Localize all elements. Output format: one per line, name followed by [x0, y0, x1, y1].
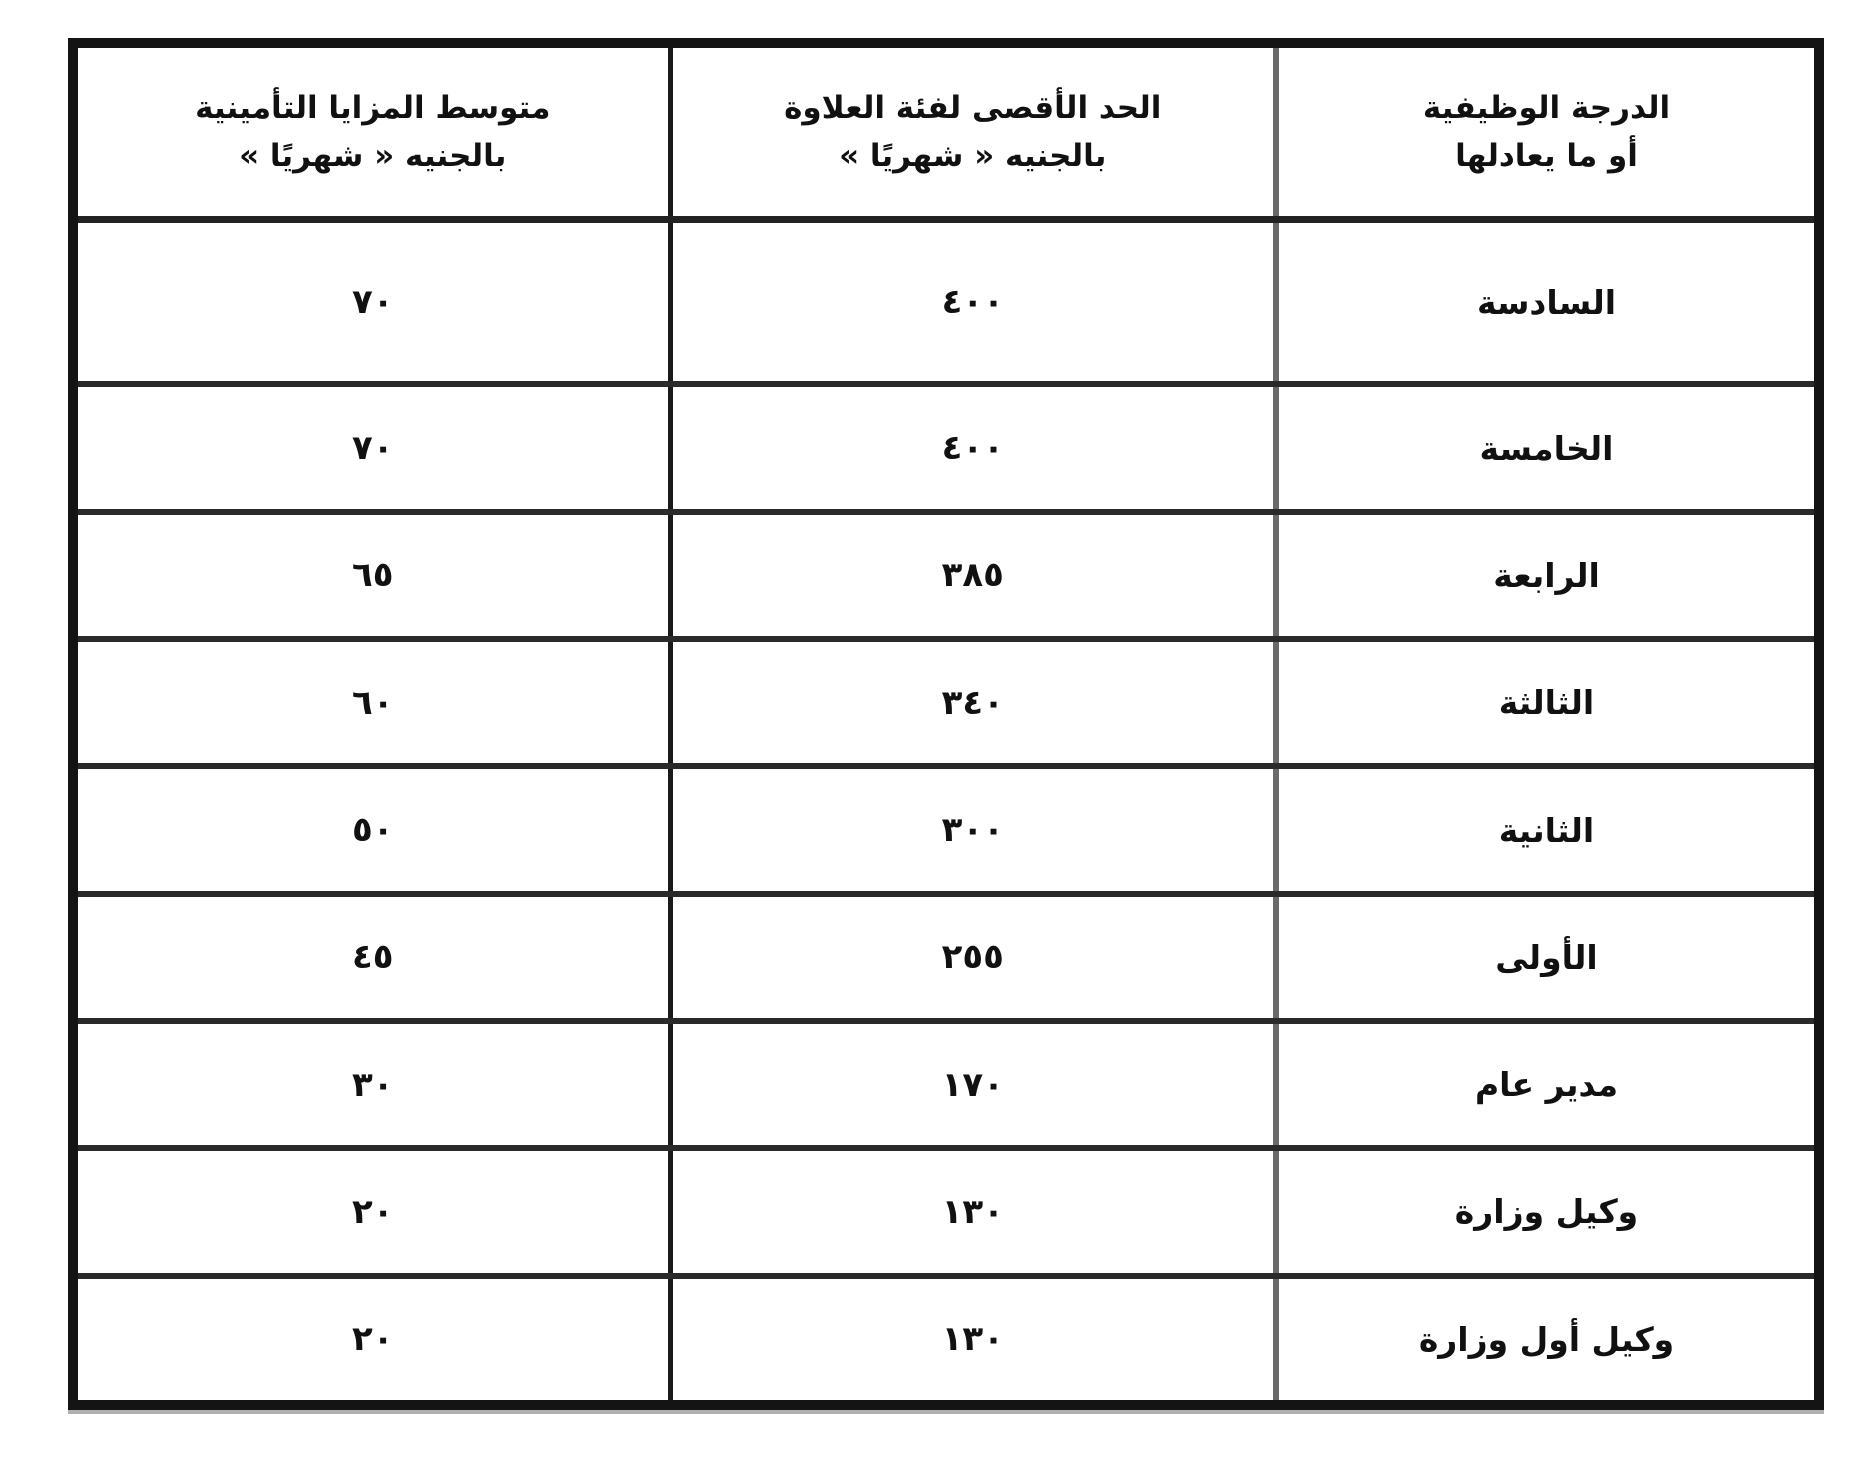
table-row: الأولى ٢٥٥ ٤٥: [78, 894, 1814, 1021]
cell-grade: الثالثة: [1276, 639, 1814, 766]
table-row: الثالثة ٣٤٠ ٦٠: [78, 639, 1814, 766]
cell-avg-benefits: ٧٠: [78, 220, 670, 385]
cell-avg-benefits: ٧٠: [78, 384, 670, 511]
table-row: وكيل وزارة ١٣٠ ٢٠: [78, 1148, 1814, 1275]
cell-grade: السادسة: [1276, 220, 1814, 385]
header-avg-benefits-line1: متوسط المزايا التأمينية: [88, 84, 658, 132]
cell-max-raise: ٣٨٥: [670, 512, 1276, 639]
cell-max-raise: ٤٠٠: [670, 220, 1276, 385]
cell-max-raise: ٣٠٠: [670, 766, 1276, 893]
cell-grade: وكيل أول وزارة: [1276, 1276, 1814, 1400]
cell-grade: الرابعة: [1276, 512, 1814, 639]
table-row: مدير عام ١٧٠ ٣٠: [78, 1021, 1814, 1148]
table-row: الخامسة ٤٠٠ ٧٠: [78, 384, 1814, 511]
header-grade: الدرجة الوظيفية أو ما يعادلها: [1276, 48, 1814, 220]
cell-max-raise: ٤٠٠: [670, 384, 1276, 511]
cell-avg-benefits: ٢٠: [78, 1148, 670, 1275]
table-row: الرابعة ٣٨٥ ٦٥: [78, 512, 1814, 639]
cell-avg-benefits: ٥٠: [78, 766, 670, 893]
cell-grade: الثانية: [1276, 766, 1814, 893]
header-avg-benefits-line2: بالجنيه « شهريًا »: [88, 132, 658, 180]
cell-avg-benefits: ٢٠: [78, 1276, 670, 1400]
table-row: الثانية ٣٠٠ ٥٠: [78, 766, 1814, 893]
table-row: وكيل أول وزارة ١٣٠ ٢٠: [78, 1276, 1814, 1400]
cell-max-raise: ٣٤٠: [670, 639, 1276, 766]
header-grade-line1: الدرجة الوظيفية: [1289, 84, 1804, 132]
cell-grade: وكيل وزارة: [1276, 1148, 1814, 1275]
cell-max-raise: ٢٥٥: [670, 894, 1276, 1021]
header-max-raise-line1: الحد الأقصى لفئة العلاوة: [683, 84, 1264, 132]
cell-avg-benefits: ٣٠: [78, 1021, 670, 1148]
cell-max-raise: ١٧٠: [670, 1021, 1276, 1148]
header-max-raise: الحد الأقصى لفئة العلاوة بالجنيه « شهريً…: [670, 48, 1276, 220]
cell-avg-benefits: ٦٥: [78, 512, 670, 639]
header-grade-line2: أو ما يعادلها: [1289, 132, 1804, 180]
cell-grade: الخامسة: [1276, 384, 1814, 511]
header-avg-benefits: متوسط المزايا التأمينية بالجنيه « شهريًا…: [78, 48, 670, 220]
cell-avg-benefits: ٦٠: [78, 639, 670, 766]
cell-avg-benefits: ٤٥: [78, 894, 670, 1021]
grade-benefits-table-frame: الدرجة الوظيفية أو ما يعادلها الحد الأقص…: [68, 38, 1824, 1410]
grade-benefits-table: الدرجة الوظيفية أو ما يعادلها الحد الأقص…: [78, 48, 1814, 1400]
cell-grade: مدير عام: [1276, 1021, 1814, 1148]
table-row: السادسة ٤٠٠ ٧٠: [78, 220, 1814, 385]
header-max-raise-line2: بالجنيه « شهريًا »: [683, 132, 1264, 180]
cell-grade: الأولى: [1276, 894, 1814, 1021]
cell-max-raise: ١٣٠: [670, 1148, 1276, 1275]
table-header-row: الدرجة الوظيفية أو ما يعادلها الحد الأقص…: [78, 48, 1814, 220]
cell-max-raise: ١٣٠: [670, 1276, 1276, 1400]
